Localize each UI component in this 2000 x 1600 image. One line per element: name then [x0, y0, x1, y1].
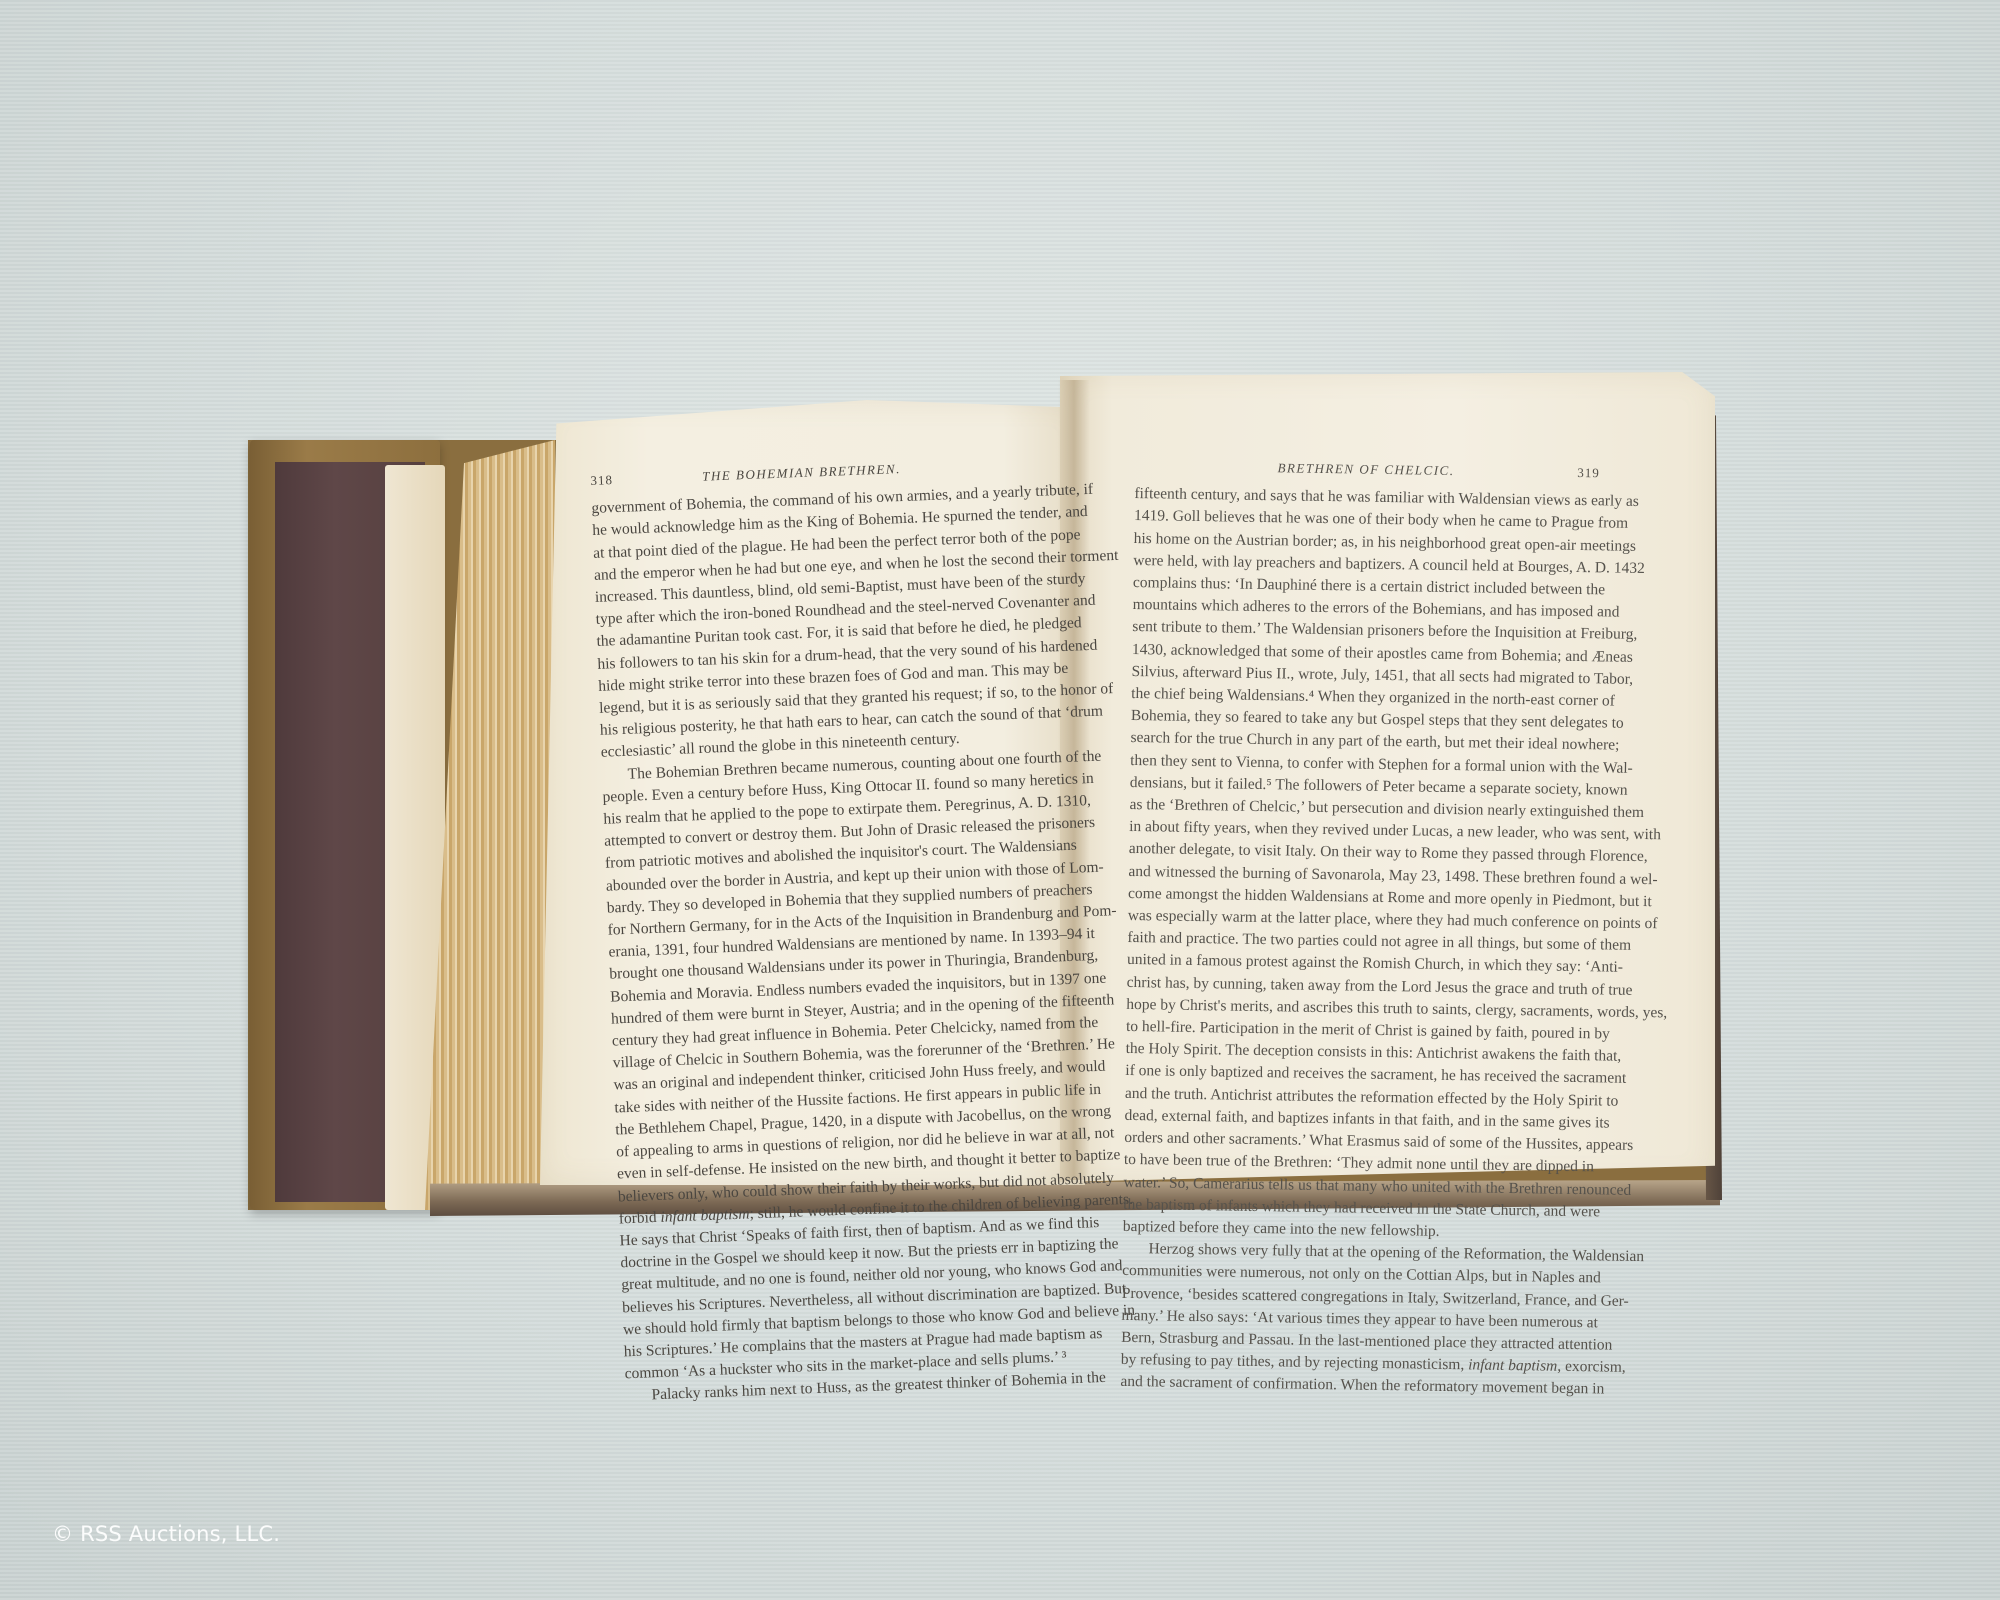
page-number: 318 [590, 469, 613, 492]
copyright-watermark: © RSS Auctions, LLC. [52, 1522, 280, 1546]
paragraph: The Bohemian Brethren became numerous, c… [601, 748, 1045, 1385]
running-head: BRETHREN OF CHELCIC. [1277, 457, 1454, 482]
italic-phrase: infant baptism [1468, 1356, 1557, 1374]
right-page-text: BRETHREN OF CHELCIC. 319 fifteenth centu… [1120, 455, 1600, 1401]
page-number: 319 [1577, 462, 1600, 485]
italic-phrase: infant baptism [660, 1205, 750, 1225]
paragraph: government of Bohemia, the command of hi… [591, 482, 1021, 764]
paragraph: Herzog shows very fully that at the open… [1120, 1238, 1587, 1401]
open-book: 318 THE BOHEMIAN BRETHREN. government of… [0, 0, 2000, 1600]
left-page-text: 318 THE BOHEMIAN BRETHREN. government of… [590, 454, 1046, 1408]
paragraph: fifteenth century, and says that he was … [1123, 483, 1600, 1245]
